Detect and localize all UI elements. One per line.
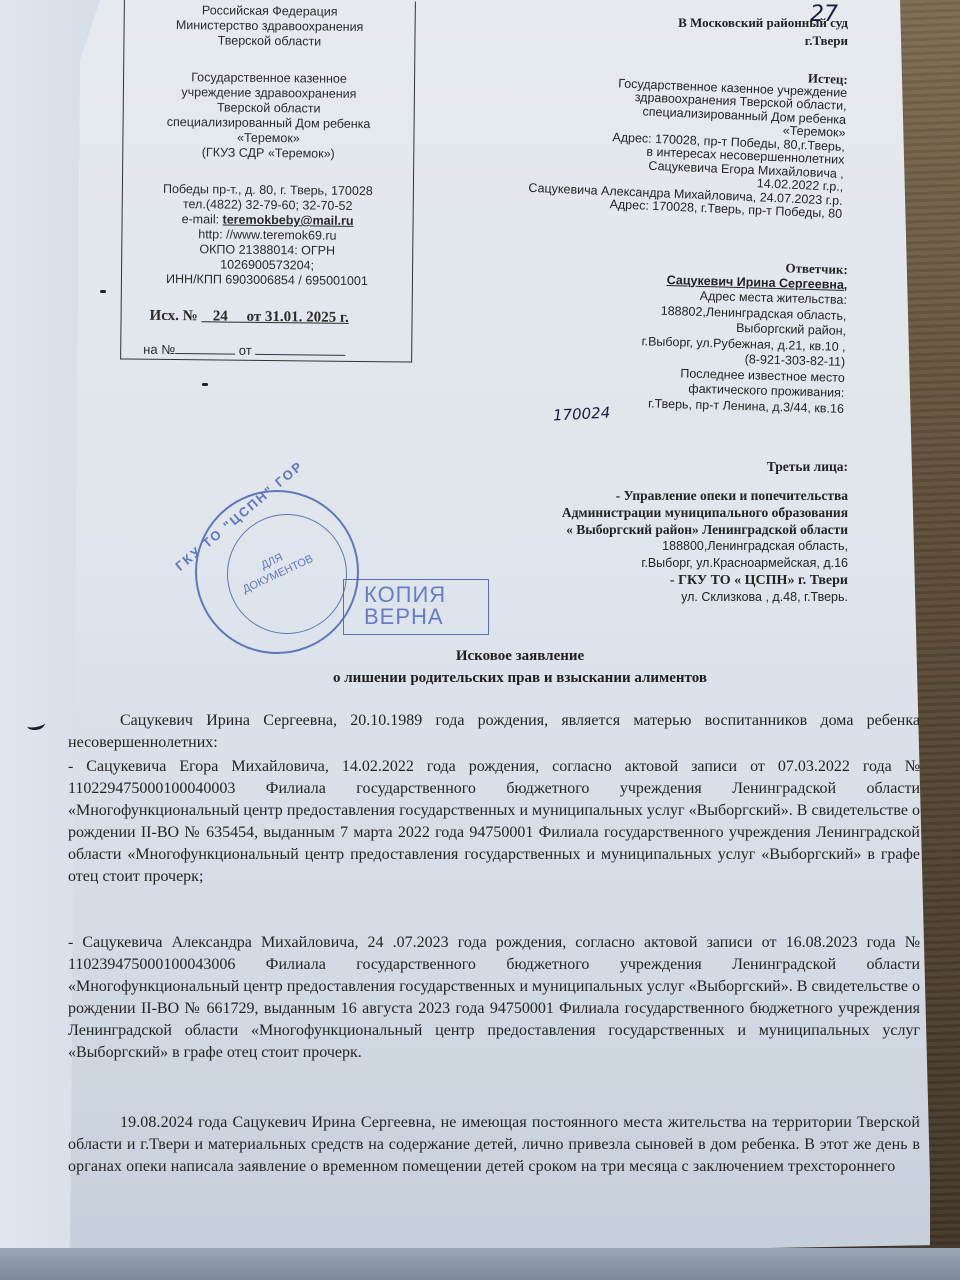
paragraph-child-2: - Сацукевича Александра Михайловича, 24 … bbox=[68, 932, 920, 1064]
third-party-2-address: ул. Склизкова , д.48, г.Тверь. bbox=[428, 589, 848, 606]
email-label: e-mail: bbox=[182, 212, 223, 226]
incoming-label: на № bbox=[143, 342, 175, 357]
inn-line: ИНН/КПП 6903006854 / 695001001 bbox=[122, 271, 412, 289]
paragraph-main: 19.08.2024 года Сацукевич Ирина Сергеевн… bbox=[68, 1112, 920, 1178]
contacts-block: Победы пр-т., д. 80, г. Тверь, 170028 те… bbox=[122, 181, 413, 289]
paragraph-intro: Сацукевич Ирина Сергеевна, 20.10.1989 го… bbox=[68, 710, 920, 754]
outgoing-label: Исх. № bbox=[149, 308, 197, 325]
ink-mark bbox=[202, 383, 208, 386]
document-title: Исковое заявление bbox=[150, 648, 890, 665]
third-party-1-line: « Выборгский район» Ленинградской област… bbox=[428, 521, 848, 538]
court-name: В Московский районный суд bbox=[428, 14, 848, 32]
certified-copy-stamp: КОПИЯ ВЕРНА bbox=[343, 579, 489, 635]
incoming-from-label: от bbox=[239, 343, 252, 358]
ministry-block: Российская Федерация Министерство здраво… bbox=[124, 2, 414, 50]
document-subtitle: о лишении родительских прав и взыскании … bbox=[150, 670, 890, 687]
email-link[interactable]: teremokbeby@mail.ru bbox=[223, 213, 354, 228]
third-parties-block: Третьи лица: - Управление опеки и попечи… bbox=[428, 458, 848, 606]
round-stamp: ГКУ ТО "ЦСПН" ГОР ДЛЯ ДОКУМЕНТОВ bbox=[195, 490, 359, 654]
third-party-1-address: 188800,Ленинградская область, bbox=[428, 538, 848, 555]
outgoing-number: 24 от 31.01. 2025 г. bbox=[201, 308, 348, 326]
third-party-1-line: Администрации муниципального образования bbox=[428, 504, 848, 521]
court-addressee: В Московский районный суд г.Твери bbox=[428, 14, 848, 50]
handwritten-postal-index: 170024 bbox=[553, 404, 611, 425]
incoming-number-row: на № от bbox=[121, 341, 411, 359]
third-party-1-line: - Управление опеки и попечительства bbox=[428, 487, 848, 504]
third-party-1-address: г.Выборг, ул.Красноармейская, д.16 bbox=[428, 555, 848, 572]
paragraph-child-1: - Сацукевича Егора Михайловича, 14.02.20… bbox=[68, 756, 920, 888]
third-party-2-name: - ГКУ ТО « ЦСПН» г. Твери bbox=[428, 572, 848, 589]
court-city: г.Твери bbox=[428, 32, 848, 50]
defendant-block: Ответчик: Сацукевич Ирина Сергеевна, Адр… bbox=[424, 250, 848, 417]
third-parties-label: Третьи лица: bbox=[428, 458, 848, 475]
letterhead-line: специализированный Дом ребенка bbox=[124, 114, 414, 132]
outgoing-number-row: Исх. № 24 от 31.01. 2025 г. bbox=[121, 308, 411, 326]
ink-mark bbox=[100, 290, 106, 293]
plaintiff-block: Истец: Государственное казенное учрежден… bbox=[422, 55, 848, 221]
letterhead-box: Российская Федерация Министерство здраво… bbox=[120, 0, 416, 363]
page-bottom-edge bbox=[0, 1248, 960, 1280]
institution-block: Государственное казенное учреждение здра… bbox=[123, 69, 414, 162]
letterhead-address: Победы пр-т., д. 80, г. Тверь, 170028 bbox=[123, 181, 413, 199]
